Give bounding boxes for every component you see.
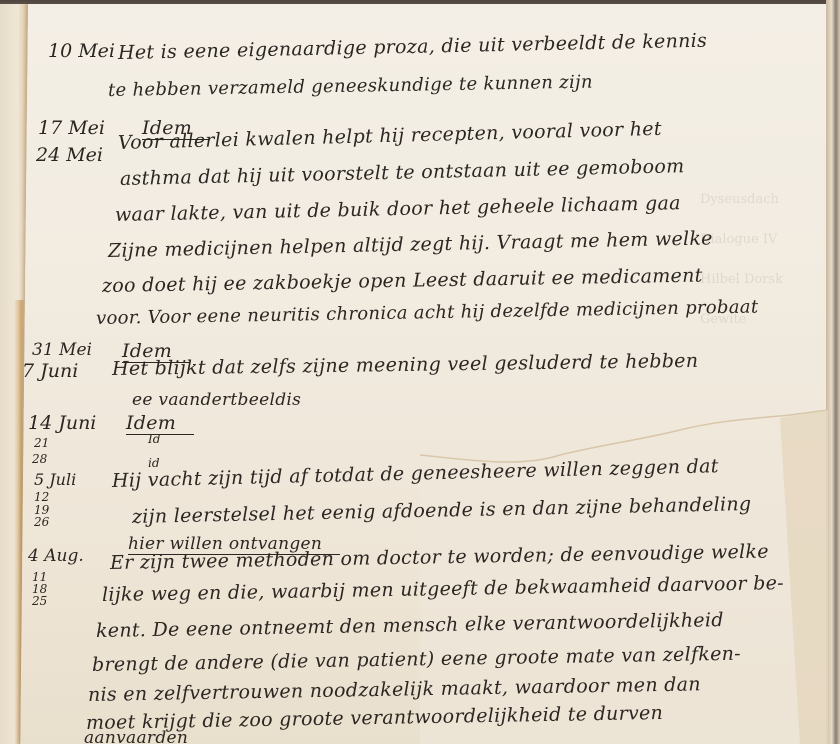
entry-line: waar lakte, van uit de buik door het geh… [115,192,681,226]
entry-line: asthma dat hij uit voorstelt te ontstaan… [120,155,685,190]
entry-date: 5 Juli [34,470,76,489]
entry-date: 25 [32,594,47,608]
entry-line: ee vaandertbeeldis [132,390,301,410]
journal-photo: Dyseusdach Dialogue IV Hilbel Dorsk Gewi… [0,0,840,744]
entry-line: Id [148,432,160,446]
entry-date: 12 [34,490,49,504]
entry-line: zoo doet hij ee zakboekje open Leest daa… [102,265,703,297]
entry-date: 14 Juni [28,412,96,434]
entry-line: nis en zelfvertrouwen noodzakelijk maakt… [88,673,701,706]
entry-line: Het blijkt dat zelfs zijne meening veel … [112,350,699,380]
entry-line: Zijne medicijnen helpen altijd zegt hij.… [108,227,713,262]
entry-line: Het is eene eigenaardige proza, die uit … [118,30,708,64]
entry-line: te hebben verzameld geneeskundige te kun… [108,72,593,101]
entry-date: 21 [34,436,49,450]
entry-date: 28 [32,452,47,466]
entry-date: 17 Mei [38,117,105,139]
entry-date: 4 Aug. [28,546,84,566]
entry-line: brengt de andere (die van patient) eene … [92,643,741,676]
entry-line: aanvaarden [84,728,206,744]
entry-date: 7 Juni [22,360,78,382]
entry-line: zijn leerstelsel het eenig afdoende is e… [132,493,752,528]
entry-date: 24 Mei [36,144,103,166]
entry-line: kent. De eene ontneemt den mensch elke v… [96,609,724,642]
entry-date: 31 Mei [32,340,92,360]
handwriting-layer: 10 Mei Het is eene eigenaardige proza, d… [0,0,840,744]
entry-line: Hij vacht zijn tijd af totdat de geneesh… [112,455,719,492]
entry-date: 10 Mei [48,40,115,62]
entry-line: voor. Voor eene neuritis chronica acht h… [96,296,759,329]
entry-date: 26 [34,515,49,529]
entry-line: lijke weg en die, waarbij men uitgeeft d… [102,572,784,606]
